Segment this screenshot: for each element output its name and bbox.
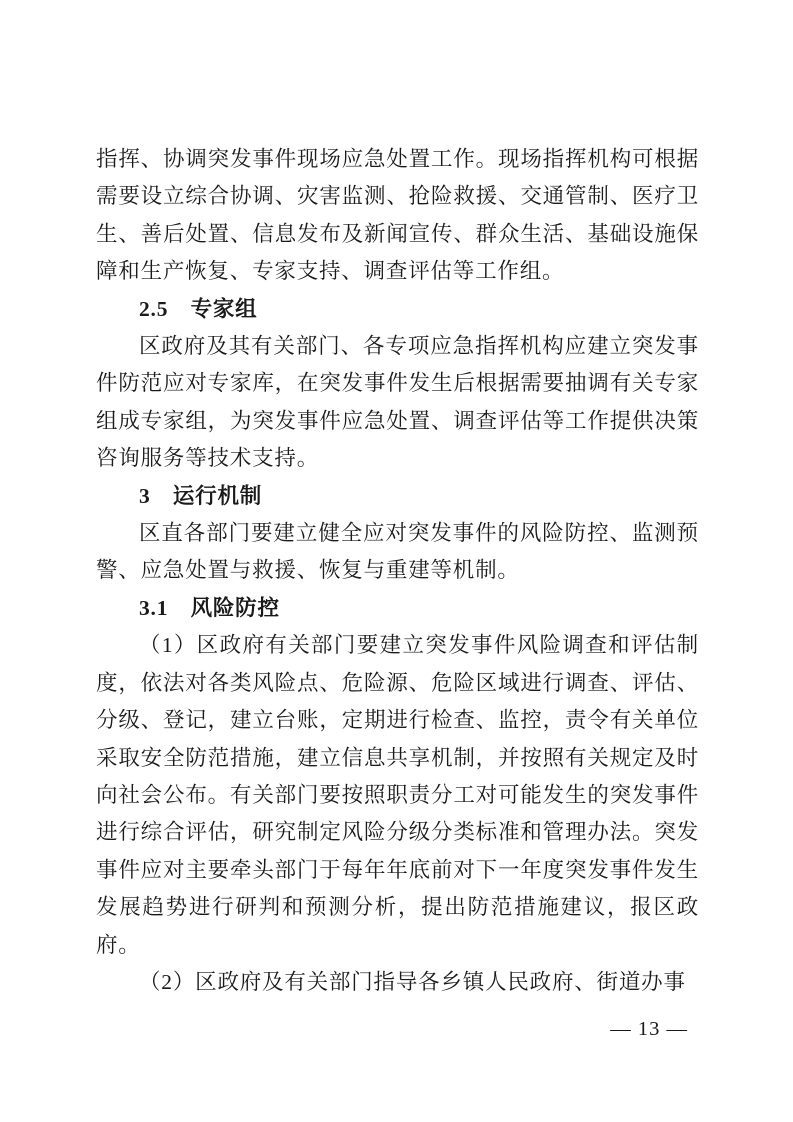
paragraph: （2）区政府及有关部门指导各乡镇人民政府、街道办事 [96,964,699,1001]
section-heading: 3 运行机制 [96,478,699,515]
paragraph: 指挥、协调突发事件现场应急处置工作。现场指挥机构可根据需要设立综合协调、灾害监测… [96,141,699,291]
paragraph: 区政府及其有关部门、各专项应急指挥机构应建立突发事件防范应对专家库，在突发事件发… [96,328,699,478]
paragraph: （1）区政府有关部门要建立突发事件风险调查和评估制度，依法对各类风险点、危险源、… [96,627,699,964]
section-heading: 3.1 风险防控 [96,590,699,627]
document-page: 指挥、协调突发事件现场应急处置工作。现场指挥机构可根据需要设立综合协调、灾害监测… [0,0,793,1122]
paragraph: 区直各部门要建立健全应对突发事件的风险防控、监测预警、应急处置与救援、恢复与重建… [96,515,699,590]
page-number: — 13 — [610,1016,688,1042]
section-heading: 2.5 专家组 [96,291,699,328]
document-body: 指挥、协调突发事件现场应急处置工作。现场指挥机构可根据需要设立综合协调、灾害监测… [96,141,699,1001]
